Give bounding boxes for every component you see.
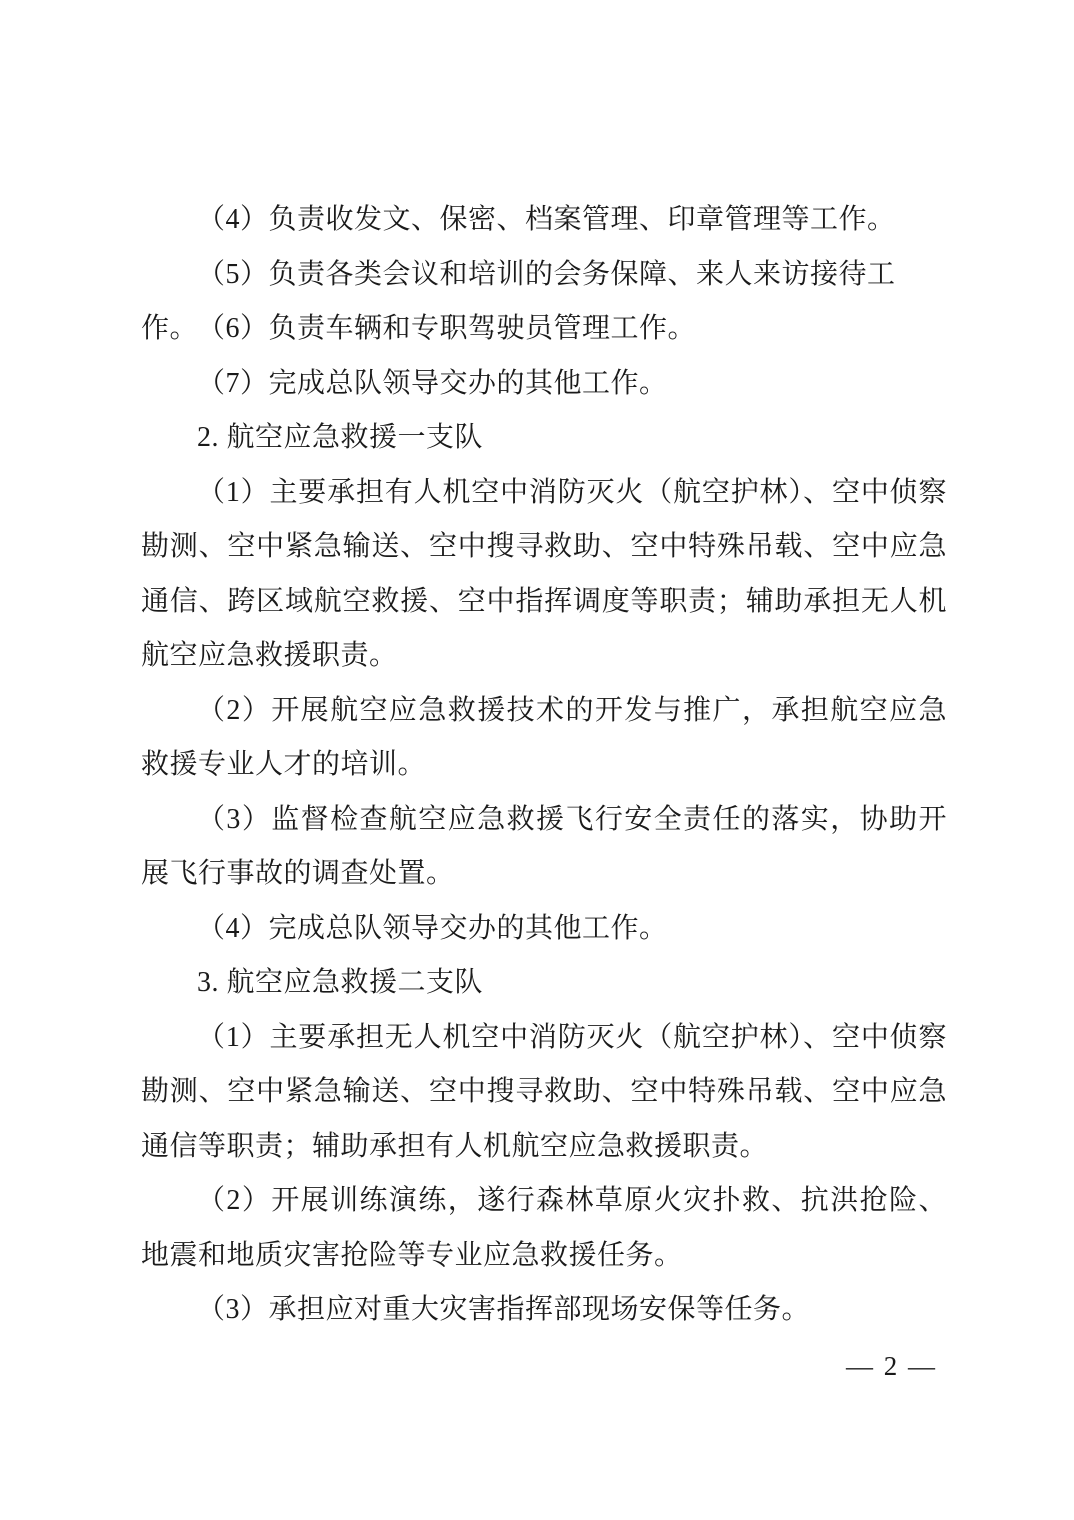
text-line: 通信等职责；辅助承担有人机航空应急救援职责。	[141, 1120, 947, 1175]
text-line: （3）承担应对重大灾害指挥部现场安保等任务。	[141, 1283, 947, 1338]
paragraph: （7）完成总队领导交办的其他工作。	[141, 357, 947, 412]
paragraph: 3. 航空应急救援二支队	[141, 956, 947, 1011]
paragraph: （6）负责车辆和专职驾驶员管理工作。	[141, 302, 947, 357]
paragraph: （4）完成总队领导交办的其他工作。	[141, 902, 947, 957]
text-line: 勘测、空中紧急输送、空中搜寻救助、空中特殊吊载、空中应急	[141, 1065, 947, 1120]
text-line: （4）负责收发文、保密、档案管理、印章管理等工作。	[141, 193, 947, 248]
text-line: 3. 航空应急救援二支队	[141, 956, 947, 1011]
paragraph: （5）负责各类会议和培训的会务保障、来人来访接待工作。	[141, 248, 947, 303]
page-number: — 2 —	[846, 1348, 937, 1384]
paragraph: （3）监督检查航空应急救援飞行安全责任的落实，协助开展飞行事故的调查处置。	[141, 793, 947, 902]
text-line: （2）开展航空应急救援技术的开发与推广，承担航空应急	[141, 684, 947, 739]
paragraph: （2）开展训练演练，遂行森林草原火灾扑救、抗洪抢险、地震和地质灾害抢险等专业应急…	[141, 1174, 947, 1283]
paragraph: （2）开展航空应急救援技术的开发与推广，承担航空应急救援专业人才的培训。	[141, 684, 947, 793]
text-line: 勘测、空中紧急输送、空中搜寻救助、空中特殊吊载、空中应急	[141, 520, 947, 575]
paragraph: （1）主要承担有人机空中消防灭火（航空护林）、空中侦察勘测、空中紧急输送、空中搜…	[141, 466, 947, 684]
text-line: （3）监督检查航空应急救援飞行安全责任的落实，协助开	[141, 793, 947, 848]
text-line: （2）开展训练演练，遂行森林草原火灾扑救、抗洪抢险、	[141, 1174, 947, 1229]
text-line: （5）负责各类会议和培训的会务保障、来人来访接待工作。	[141, 248, 947, 303]
text-line: 2. 航空应急救援一支队	[141, 411, 947, 466]
text-line: （6）负责车辆和专职驾驶员管理工作。	[141, 302, 947, 357]
text-line: （7）完成总队领导交办的其他工作。	[141, 357, 947, 412]
text-line: （4）完成总队领导交办的其他工作。	[141, 902, 947, 957]
text-line: 救援专业人才的培训。	[141, 738, 947, 793]
text-line: 地震和地质灾害抢险等专业应急救援任务。	[141, 1229, 947, 1284]
text-line: 展飞行事故的调查处置。	[141, 847, 947, 902]
document-page: （4）负责收发文、保密、档案管理、印章管理等工作。（5）负责各类会议和培训的会务…	[0, 0, 1074, 1520]
paragraph: 2. 航空应急救援一支队	[141, 411, 947, 466]
text-line: 航空应急救援职责。	[141, 629, 947, 684]
text-line: （1）主要承担无人机空中消防灭火（航空护林）、空中侦察	[141, 1011, 947, 1066]
document-body: （4）负责收发文、保密、档案管理、印章管理等工作。（5）负责各类会议和培训的会务…	[141, 193, 947, 1338]
paragraph: （1）主要承担无人机空中消防灭火（航空护林）、空中侦察勘测、空中紧急输送、空中搜…	[141, 1011, 947, 1175]
paragraph: （3）承担应对重大灾害指挥部现场安保等任务。	[141, 1283, 947, 1338]
paragraph: （4）负责收发文、保密、档案管理、印章管理等工作。	[141, 193, 947, 248]
text-line: 通信、跨区域航空救援、空中指挥调度等职责；辅助承担无人机	[141, 575, 947, 630]
text-line: （1）主要承担有人机空中消防灭火（航空护林）、空中侦察	[141, 466, 947, 521]
